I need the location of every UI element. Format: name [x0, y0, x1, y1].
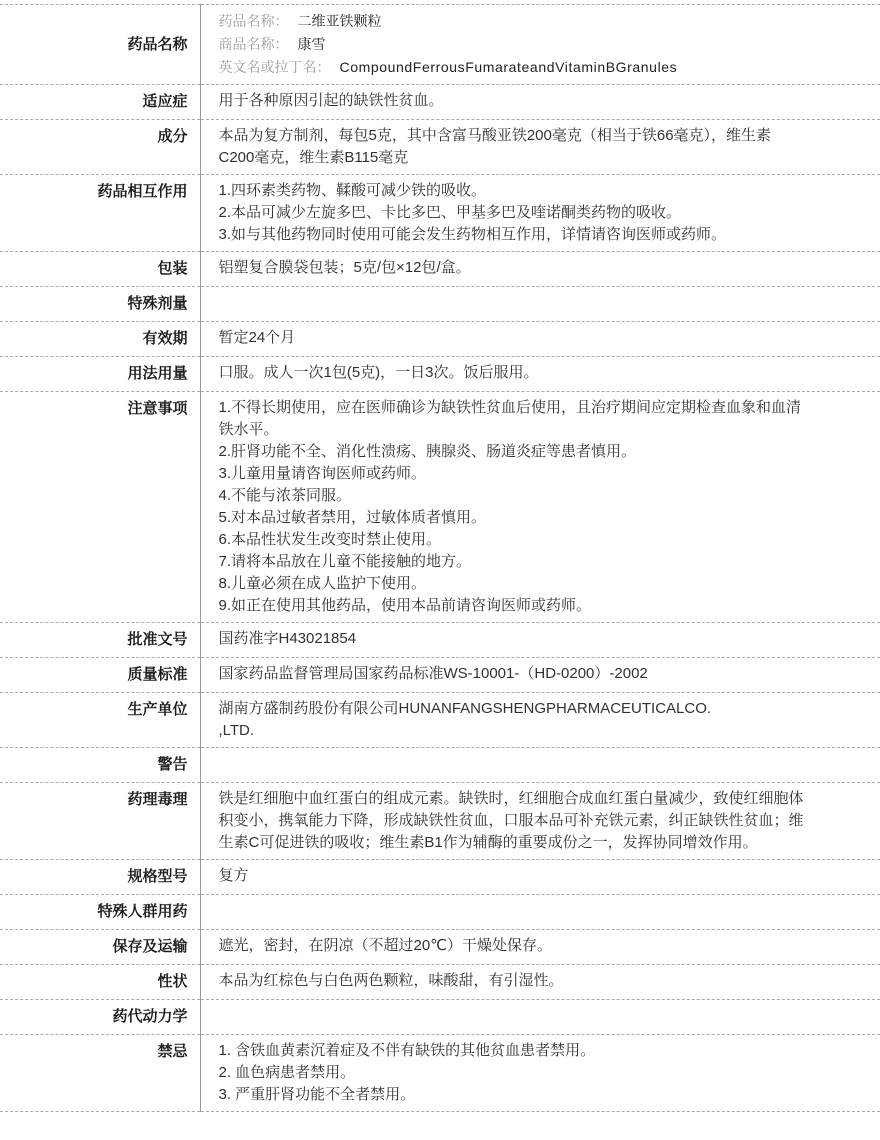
content-line: 2.肝肾功能不全、消化性溃疡、胰腺炎、肠道炎症等患者慎用。 — [219, 441, 806, 463]
table-row: 药代动力学 — [0, 1000, 880, 1035]
row-label: 质量标准 — [0, 658, 200, 693]
row-content: 国家药品监督管理局国家药品标准WS-10001-（HD-0200）-2002 — [200, 658, 880, 693]
pair-value: 康雪 — [298, 36, 326, 52]
row-label: 成分 — [0, 120, 200, 175]
row-label: 特殊人群用药 — [0, 895, 200, 930]
content-line: 4.不能与浓茶同服。 — [219, 485, 806, 507]
row-label: 性状 — [0, 965, 200, 1000]
content-line: 1. 含铁血黄素沉着症及不伴有缺铁的其他贫血患者禁用。 — [219, 1040, 806, 1062]
content-line: 6.本品性状发生改变时禁止使用。 — [219, 529, 806, 551]
row-content: 湖南方盛制药股份有限公司HUNANFANGSHENGPHARMACEUTICAL… — [200, 693, 880, 748]
content-line: 3. 严重肝肾功能不全者禁用。 — [219, 1084, 806, 1106]
row-content: 1. 含铁血黄素沉着症及不伴有缺铁的其他贫血患者禁用。2. 血色病患者禁用。3.… — [200, 1035, 880, 1112]
row-content: 用于各种原因引起的缺铁性贫血。 — [200, 85, 880, 120]
table-row: 用法用量 口服。成人一次1包(5克)，一日3次。饭后服用。 — [0, 357, 880, 392]
drug-name-line: 英文名或拉丁名：CompoundFerrousFumarateandVitami… — [219, 56, 806, 79]
content-line: 复方 — [219, 865, 806, 887]
row-label: 规格型号 — [0, 860, 200, 895]
row-content: 暂定24个月 — [200, 322, 880, 357]
table-row: 保存及运输 遮光，密封，在阴凉（不超过20℃）干燥处保存。 — [0, 930, 880, 965]
row-label: 特殊剂量 — [0, 287, 200, 322]
content-line: 8.儿童必须在成人监护下使用。 — [219, 573, 806, 595]
row-content: 铁是红细胞中血红蛋白的组成元素。缺铁时，红细胞合成血红蛋白量减少，致使红细胞体积… — [200, 783, 880, 860]
row-label: 药品名称 — [0, 5, 200, 85]
table-row: 警告 — [0, 748, 880, 783]
row-label: 批准文号 — [0, 623, 200, 658]
pair-label: 药品名称： — [219, 13, 289, 29]
row-label: 药理毒理 — [0, 783, 200, 860]
content-line: 口服。成人一次1包(5克)，一日3次。饭后服用。 — [219, 362, 806, 384]
content-line: 本品为复方制剂，每包5克，其中含富马酸亚铁200毫克（相当于铁66毫克），维生素… — [219, 125, 806, 169]
row-label: 药品相互作用 — [0, 175, 200, 252]
content-line: 3.如与其他药物同时使用可能会发生药物相互作用，详情请咨询医师或药师。 — [219, 224, 806, 246]
table-row: 生产单位 湖南方盛制药股份有限公司HUNANFANGSHENGPHARMACEU… — [0, 693, 880, 748]
content-line: 国家药品监督管理局国家药品标准WS-10001-（HD-0200）-2002 — [219, 663, 806, 685]
pair-label: 商品名称： — [219, 36, 289, 52]
content-line: 1.四环素类药物、鞣酸可减少铁的吸收。 — [219, 180, 806, 202]
content-line: 2. 血色病患者禁用。 — [219, 1062, 806, 1084]
row-content: 1.四环素类药物、鞣酸可减少铁的吸收。2.本品可减少左旋多巴、卡比多巴、甲基多巴… — [200, 175, 880, 252]
content-line: 用于各种原因引起的缺铁性贫血。 — [219, 90, 806, 112]
row-content — [200, 1000, 880, 1035]
content-line: ,LTD. — [219, 720, 806, 742]
row-label: 适应症 — [0, 85, 200, 120]
content-line: 9.如正在使用其他药品，使用本品前请咨询医师或药师。 — [219, 595, 806, 617]
row-content — [200, 748, 880, 783]
row-label: 用法用量 — [0, 357, 200, 392]
pair-label: 英文名或拉丁名： — [219, 59, 331, 75]
table-row: 成分 本品为复方制剂，每包5克，其中含富马酸亚铁200毫克（相当于铁66毫克），… — [0, 120, 880, 175]
row-content — [200, 895, 880, 930]
content-line: 铝塑复合膜袋包装；5克/包×12包/盒。 — [219, 257, 806, 279]
row-label: 有效期 — [0, 322, 200, 357]
pair-value: 二维亚铁颗粒 — [298, 13, 382, 29]
content-line: 遮光，密封，在阴凉（不超过20℃）干燥处保存。 — [219, 935, 806, 957]
table-row: 禁忌 1. 含铁血黄素沉着症及不伴有缺铁的其他贫血患者禁用。2. 血色病患者禁用… — [0, 1035, 880, 1112]
table-row: 药理毒理 铁是红细胞中血红蛋白的组成元素。缺铁时，红细胞合成血红蛋白量减少，致使… — [0, 783, 880, 860]
content-line: 湖南方盛制药股份有限公司HUNANFANGSHENGPHARMACEUTICAL… — [219, 698, 806, 720]
content-line: 2.本品可减少左旋多巴、卡比多巴、甲基多巴及喹诺酮类药物的吸收。 — [219, 202, 806, 224]
table-row: 有效期 暂定24个月 — [0, 322, 880, 357]
row-label: 警告 — [0, 748, 200, 783]
row-label: 生产单位 — [0, 693, 200, 748]
pair-value: CompoundFerrousFumarateandVitaminBGranul… — [340, 59, 678, 75]
table-row: 包装 铝塑复合膜袋包装；5克/包×12包/盒。 — [0, 252, 880, 287]
table-row: 特殊人群用药 — [0, 895, 880, 930]
drug-name-line: 商品名称：康雪 — [219, 33, 806, 56]
table-row: 药品相互作用 1.四环素类药物、鞣酸可减少铁的吸收。2.本品可减少左旋多巴、卡比… — [0, 175, 880, 252]
content-line: 5.对本品过敏者禁用，过敏体质者慎用。 — [219, 507, 806, 529]
content-line: 7.请将本品放在儿童不能接触的地方。 — [219, 551, 806, 573]
row-label: 注意事项 — [0, 392, 200, 623]
table-row: 适应症 用于各种原因引起的缺铁性贫血。 — [0, 85, 880, 120]
row-content: 复方 — [200, 860, 880, 895]
drug-name-line: 药品名称：二维亚铁颗粒 — [219, 10, 806, 33]
row-label: 药代动力学 — [0, 1000, 200, 1035]
row-content: 国药准字H43021854 — [200, 623, 880, 658]
content-line: 1.不得长期使用，应在医师确诊为缺铁性贫血后使用，且治疗期间应定期检查血象和血清… — [219, 397, 806, 441]
row-content: 口服。成人一次1包(5克)，一日3次。饭后服用。 — [200, 357, 880, 392]
content-line: 国药准字H43021854 — [219, 628, 806, 650]
drug-table-body: 药品名称 药品名称：二维亚铁颗粒商品名称：康雪英文名或拉丁名：CompoundF… — [0, 5, 880, 1112]
content-line: 3.儿童用量请咨询医师或药师。 — [219, 463, 806, 485]
table-row: 性状 本品为红棕色与白色两色颗粒，味酸甜，有引湿性。 — [0, 965, 880, 1000]
row-content: 遮光，密封，在阴凉（不超过20℃）干燥处保存。 — [200, 930, 880, 965]
row-label: 包装 — [0, 252, 200, 287]
row-content: 1.不得长期使用，应在医师确诊为缺铁性贫血后使用，且治疗期间应定期检查血象和血清… — [200, 392, 880, 623]
table-row: 规格型号 复方 — [0, 860, 880, 895]
row-label: 禁忌 — [0, 1035, 200, 1112]
content-line: 暂定24个月 — [219, 327, 806, 349]
row-content: 本品为复方制剂，每包5克，其中含富马酸亚铁200毫克（相当于铁66毫克），维生素… — [200, 120, 880, 175]
drug-info-table: 药品名称 药品名称：二维亚铁颗粒商品名称：康雪英文名或拉丁名：CompoundF… — [0, 4, 880, 1112]
content-line: 本品为红棕色与白色两色颗粒，味酸甜，有引湿性。 — [219, 970, 806, 992]
table-row: 质量标准 国家药品监督管理局国家药品标准WS-10001-（HD-0200）-2… — [0, 658, 880, 693]
table-row: 注意事项 1.不得长期使用，应在医师确诊为缺铁性贫血后使用，且治疗期间应定期检查… — [0, 392, 880, 623]
row-content: 本品为红棕色与白色两色颗粒，味酸甜，有引湿性。 — [200, 965, 880, 1000]
row-content: 铝塑复合膜袋包装；5克/包×12包/盒。 — [200, 252, 880, 287]
content-line: 铁是红细胞中血红蛋白的组成元素。缺铁时，红细胞合成血红蛋白量减少，致使红细胞体积… — [219, 788, 806, 854]
table-row: 特殊剂量 — [0, 287, 880, 322]
table-row: 药品名称 药品名称：二维亚铁颗粒商品名称：康雪英文名或拉丁名：CompoundF… — [0, 5, 880, 85]
table-row: 批准文号 国药准字H43021854 — [0, 623, 880, 658]
row-label: 保存及运输 — [0, 930, 200, 965]
row-content: 药品名称：二维亚铁颗粒商品名称：康雪英文名或拉丁名：CompoundFerrou… — [200, 5, 880, 85]
row-content — [200, 287, 880, 322]
